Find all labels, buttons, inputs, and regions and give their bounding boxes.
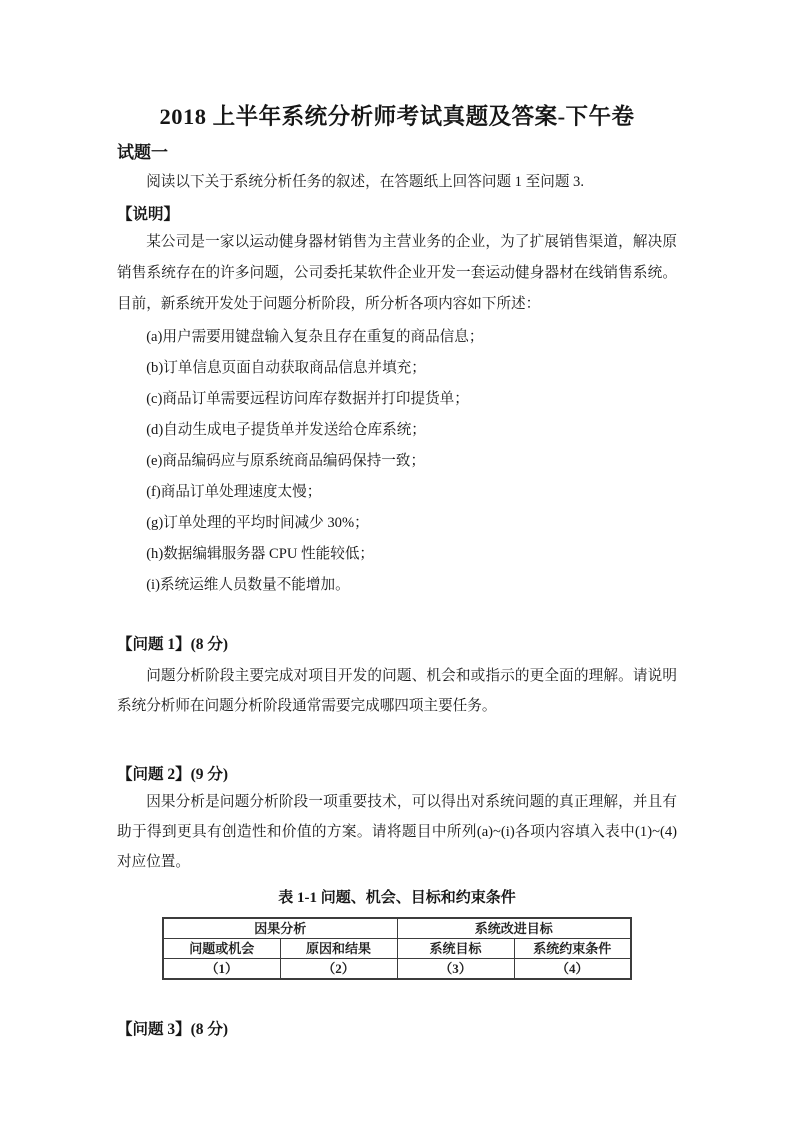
table-group-header-cause-analysis: 因果分析 — [163, 918, 397, 939]
analysis-item-c: (c)商品订单需要远程访问库存数据并打印提货单； — [117, 384, 677, 415]
section-heading-shiti-1: 试题一 — [117, 141, 677, 164]
intro-paragraph: 阅读以下关于系统分析任务的叙述，在答题纸上回答问题 1 至问题 3. — [117, 168, 677, 197]
analysis-item-b: (b)订单信息页面自动获取商品信息并填充； — [117, 353, 677, 384]
question-1-heading: 【问题 1】(8 分) — [117, 633, 677, 657]
question-1-body: 问题分析阶段主要完成对项目开发的问题、机会和或指示的更全面的理解。请说明系统分析… — [117, 661, 677, 721]
table-column-header-row: 问题或机会 原因和结果 系统目标 系统约束条件 — [163, 939, 631, 959]
table-column-header-system-constraint: 系统约束条件 — [514, 939, 631, 959]
table-placeholder-cell-3: （3） — [397, 959, 514, 980]
table-placeholder-cell-4: （4） — [514, 959, 631, 980]
question-3-heading: 【问题 3】(8 分) — [117, 1018, 677, 1042]
table-group-header-improvement-goals: 系统改进目标 — [397, 918, 631, 939]
cause-effect-table: 因果分析 系统改进目标 问题或机会 原因和结果 系统目标 系统约束条件 （1） … — [162, 917, 632, 980]
page-title: 2018 上半年系统分析师考试真题及答案-下午卷 — [117, 103, 677, 131]
analysis-item-list: (a)用户需要用键盘输入复杂且存在重复的商品信息； (b)订单信息页面自动获取商… — [117, 322, 677, 601]
table-group-header-row: 因果分析 系统改进目标 — [163, 918, 631, 939]
description-label: 【说明】 — [117, 203, 677, 227]
analysis-item-h: (h)数据编辑服务器 CPU 性能较低； — [117, 539, 677, 570]
analysis-item-d: (d)自动生成电子提货单并发送给仓库系统； — [117, 415, 677, 446]
analysis-item-i: (i)系统运维人员数量不能增加。 — [117, 570, 677, 601]
question-2-body: 因果分析是问题分析阶段一项重要技术，可以得出对系统问题的真正理解，并且有助于得到… — [117, 787, 677, 877]
analysis-item-g: (g)订单处理的平均时间减少 30%； — [117, 508, 677, 539]
analysis-item-f: (f)商品订单处理速度太慢； — [117, 477, 677, 508]
table-column-header-problem-or-opportunity: 问题或机会 — [163, 939, 280, 959]
analysis-item-a: (a)用户需要用键盘输入复杂且存在重复的商品信息； — [117, 322, 677, 353]
question-2-heading: 【问题 2】(9 分) — [117, 763, 677, 787]
analysis-item-e: (e)商品编码应与原系统商品编码保持一致； — [117, 446, 677, 477]
table-placeholder-cell-1: （1） — [163, 959, 280, 980]
table-column-header-cause-and-effect: 原因和结果 — [280, 939, 397, 959]
table-placeholder-cell-2: （2） — [280, 959, 397, 980]
table-column-header-system-goal: 系统目标 — [397, 939, 514, 959]
table-caption: 表 1-1 问题、机会、目标和约束条件 — [117, 887, 677, 909]
table-placeholder-row: （1） （2） （3） （4） — [163, 959, 631, 980]
document-page: 2018 上半年系统分析师考试真题及答案-下午卷 试题一 阅读以下关于系统分析任… — [0, 0, 794, 1123]
description-paragraph: 某公司是一家以运动健身器材销售为主营业务的企业，为了扩展销售渠道，解决原销售系统… — [117, 227, 677, 320]
